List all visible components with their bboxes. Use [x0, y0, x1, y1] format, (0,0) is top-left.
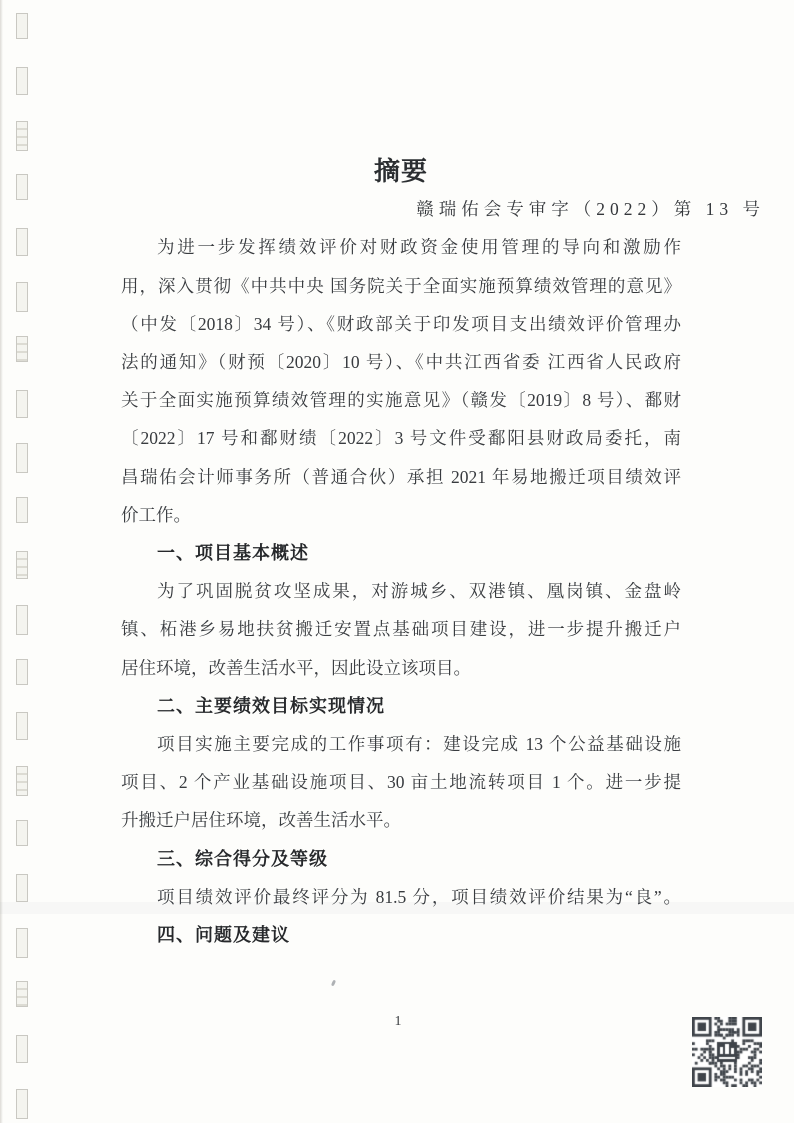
text-line: 居住环境，改善生活水平，因此设立该项目。 [121, 649, 681, 687]
scan-streak [0, 902, 794, 914]
binding-hole [16, 67, 28, 95]
text-line: 用，深入贯彻《中共中央 国务院关于全面实施预算绩效管理的意见》 [121, 267, 681, 305]
binding-hole [16, 282, 28, 312]
text-line: 昌瑞佑会计师事务所（普通合伙）承担 2021 年易地搬迁项目绩效评 [121, 458, 681, 496]
binding-hole [16, 605, 28, 635]
section-1-body: 为了巩固脱贫攻坚成果，对游城乡、双港镇、凰岗镇、金盘岭镇、柘港乡易地扶贫搬迁安置… [121, 572, 681, 687]
scan-speck [331, 980, 336, 987]
binding-hole [16, 659, 28, 685]
binding-hole [16, 497, 28, 523]
binding-hole [16, 551, 28, 579]
doc-number: 赣瑞佑会专审字（2022）第 13 号 [121, 190, 765, 228]
text-line: 项目、2 个产业基础设施项目、30 亩土地流转项目 1 个。进一步提 [121, 763, 681, 801]
binding-holes [0, 0, 40, 1123]
text-line: 为进一步发挥绩效评价对财政资金使用管理的导向和激励作 [121, 228, 681, 266]
text-line: 镇、柘港乡易地扶贫搬迁安置点基础项目建设，进一步提升搬迁户 [121, 610, 681, 648]
binding-hole [16, 766, 28, 796]
text-line: 〔2022〕17 号和鄱财绩〔2022〕3 号文件受鄱阳县财政局委托，南 [121, 419, 681, 457]
section-2-heading: 二、主要绩效目标实现情况 [121, 687, 681, 725]
binding-hole [16, 13, 28, 39]
text-line: 关于全面实施预算绩效管理的实施意见》（赣发〔2019〕8 号）、鄱财 [121, 381, 681, 419]
text-line: 法的通知》（财预〔2020〕10 号）、《中共江西省委 江西省人民政府 [121, 343, 681, 381]
binding-hole [16, 928, 28, 958]
binding-hole [16, 443, 28, 473]
binding-hole [16, 874, 28, 902]
binding-hole [16, 820, 28, 846]
page-number: 1 [391, 1014, 405, 1030]
binding-hole [16, 712, 28, 740]
text-line: （中发〔2018〕34 号）、《财政部关于印发项目支出绩效评价管理办 [121, 305, 681, 343]
section-3-heading: 三、综合得分及等级 [121, 840, 681, 878]
text-line: 价工作。 [121, 496, 681, 534]
section-1-heading: 一、项目基本概述 [121, 534, 681, 572]
intro-paragraph: 为进一步发挥绩效评价对财政资金使用管理的导向和激励作用，深入贯彻《中共中央 国务… [121, 228, 681, 534]
binding-hole [16, 174, 28, 200]
binding-hole [16, 981, 28, 1007]
document-content: 摘要 赣瑞佑会专审字（2022）第 13 号 为进一步发挥绩效评价对财政资金使用… [121, 152, 681, 954]
text-line: 为了巩固脱贫攻坚成果，对游城乡、双港镇、凰岗镇、金盘岭 [121, 572, 681, 610]
section-2-body: 项目实施主要完成的工作事项有：建设完成 13 个公益基础设施项目、2 个产业基础… [121, 725, 681, 840]
binding-hole [16, 228, 28, 256]
qr-code-stamp [692, 1017, 762, 1087]
page-title: 摘要 [121, 152, 681, 190]
text-line: 项目实施主要完成的工作事项有：建设完成 13 个公益基础设施 [121, 725, 681, 763]
section-4-heading: 四、问题及建议 [121, 916, 681, 954]
binding-hole [16, 390, 28, 418]
scanned-page: 摘要 赣瑞佑会专审字（2022）第 13 号 为进一步发挥绩效评价对财政资金使用… [0, 0, 794, 1123]
binding-hole [16, 1035, 28, 1063]
binding-hole [16, 336, 28, 362]
binding-hole [16, 121, 28, 151]
text-line: 升搬迁户居住环境，改善生活水平。 [121, 801, 681, 839]
binding-hole [16, 1089, 28, 1119]
